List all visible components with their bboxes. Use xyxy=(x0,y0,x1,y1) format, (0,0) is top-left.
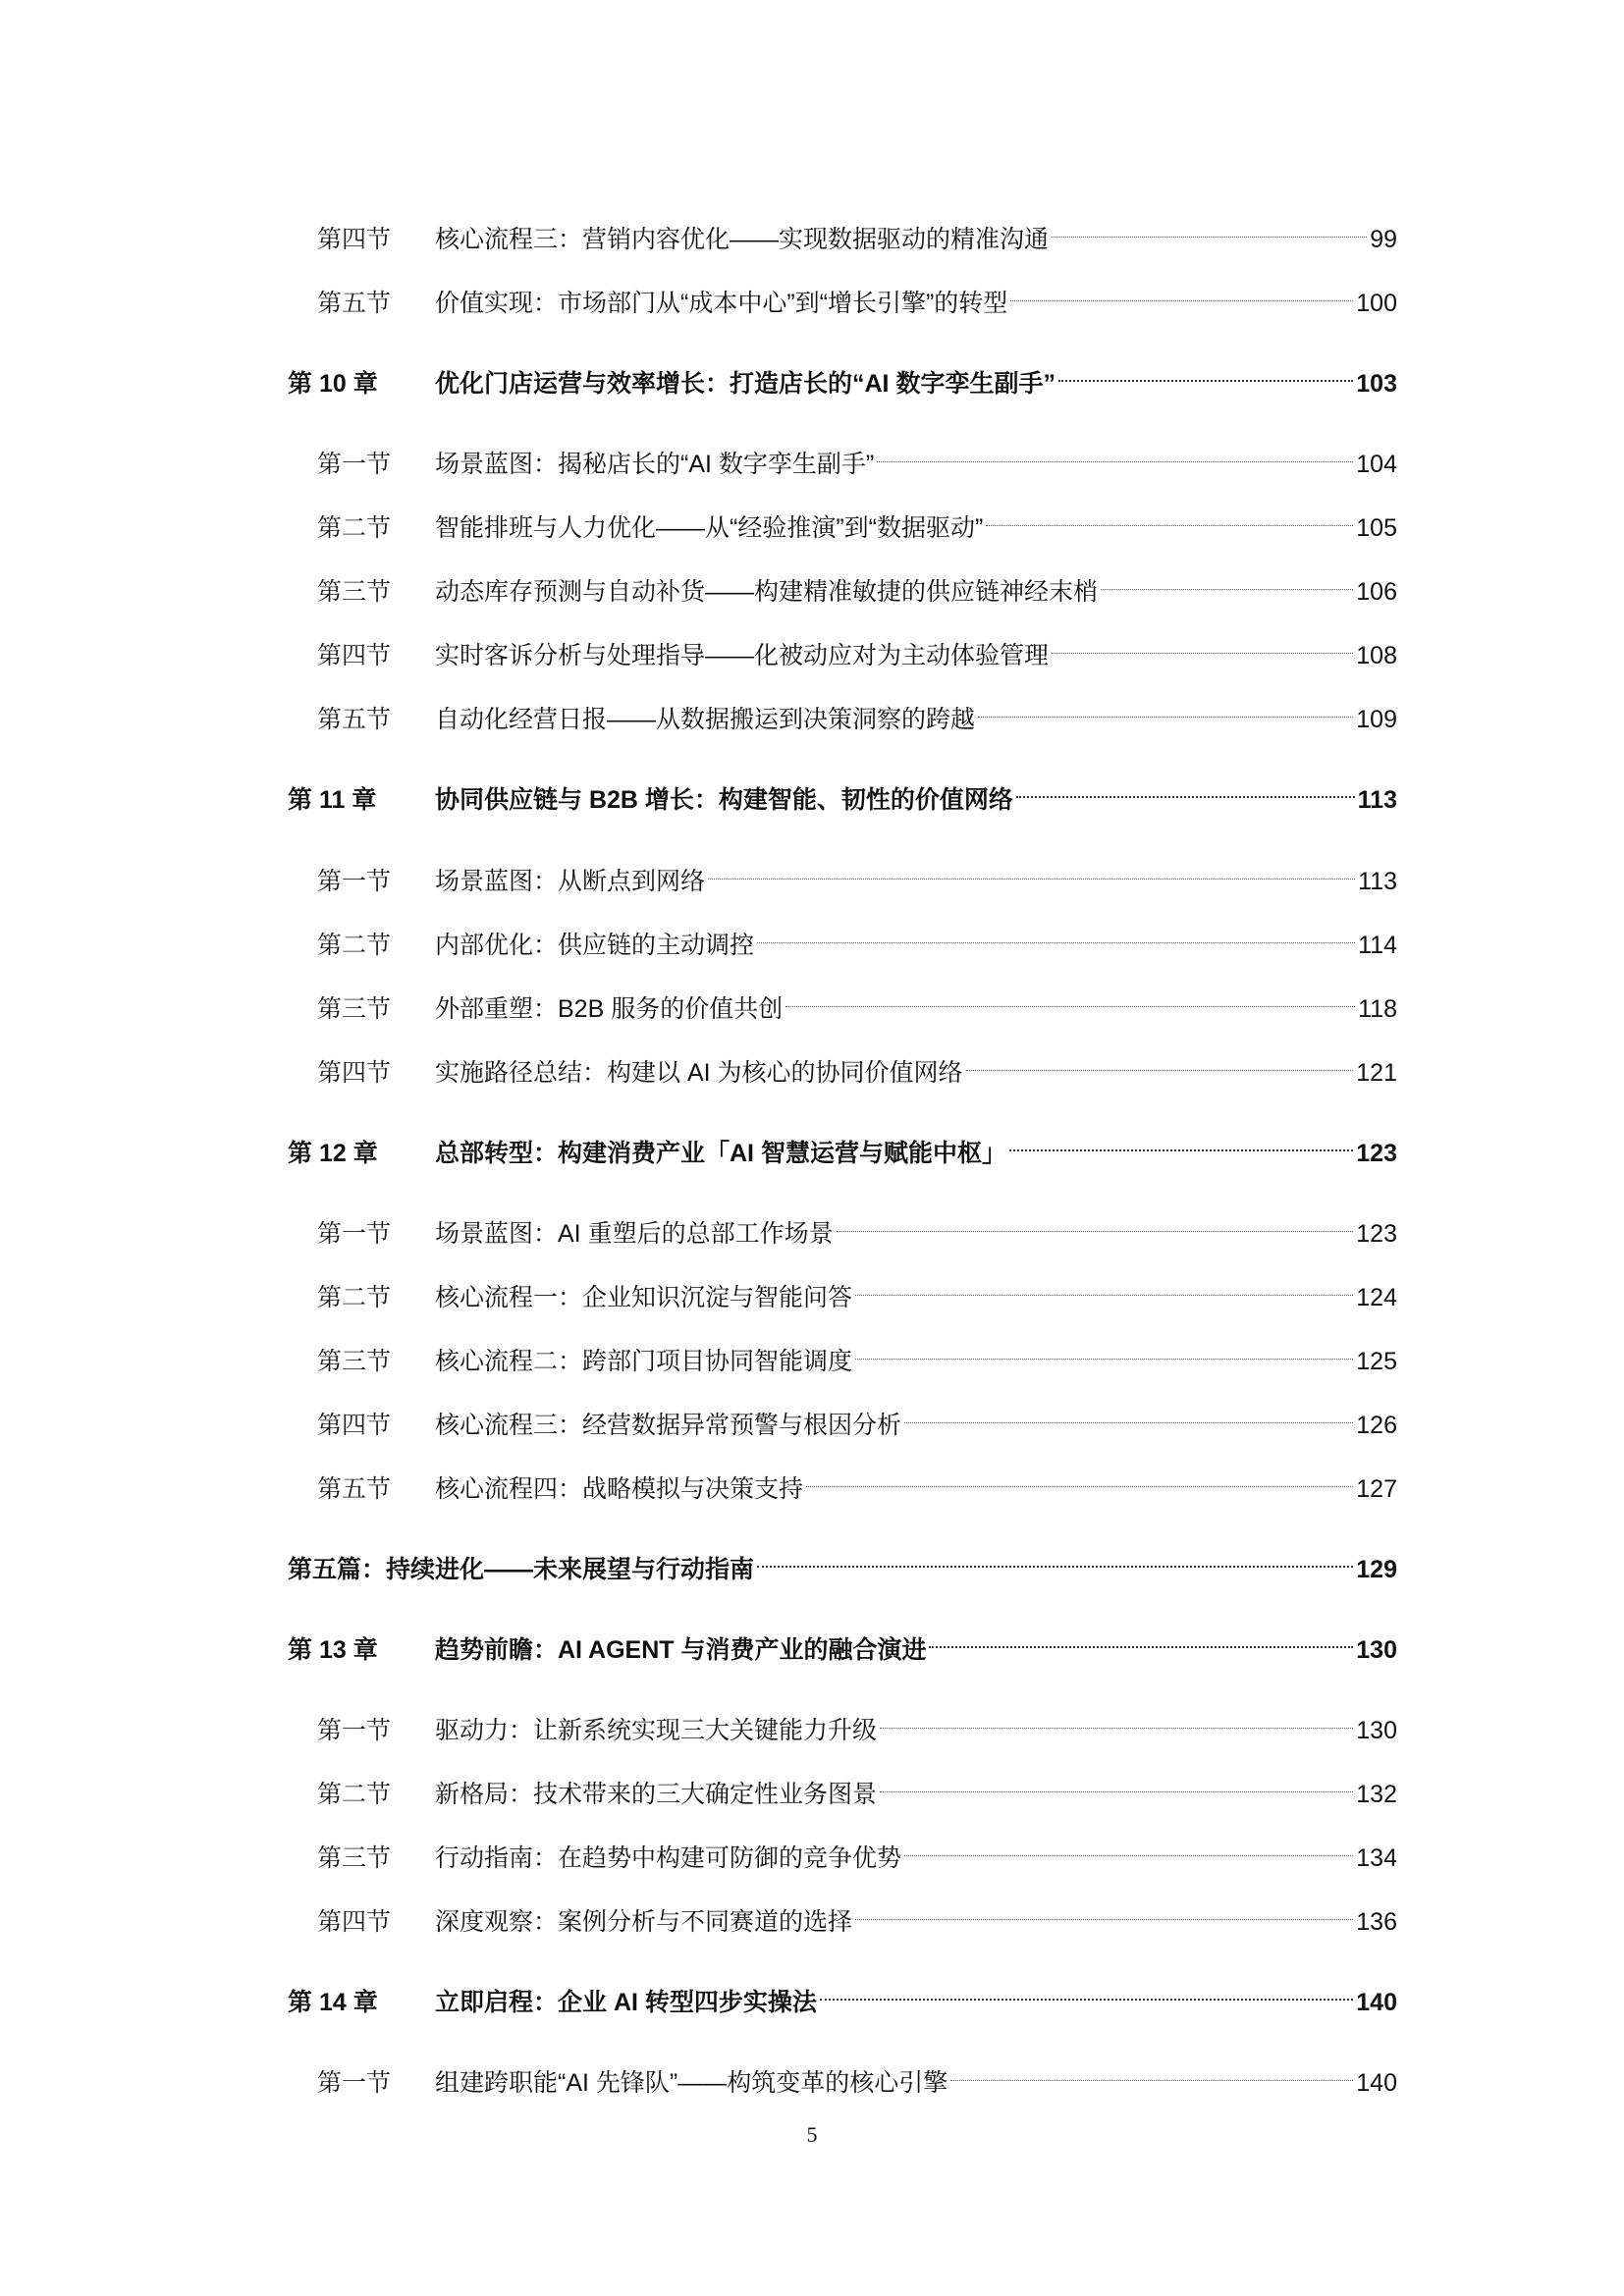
section-title: 实时客诉分析与处理指导——化被动应对为主动体验管理 xyxy=(435,636,1049,675)
chapter-label: 第 13 章 xyxy=(288,1630,435,1670)
toc-entry-section[interactable]: 第四节 核心流程三：营销内容优化——实现数据驱动的精准沟通 99 xyxy=(288,208,1397,247)
section-label: 第四节 xyxy=(288,1406,435,1445)
dot-leader xyxy=(966,1041,1354,1081)
dot-leader xyxy=(1058,352,1353,392)
section-title: 内部优化：供应链的主动调控 xyxy=(435,926,754,965)
toc-entry-section[interactable]: 第三节 动态库存预测与自动补货——构建精准敏捷的供应链神经末梢 106 xyxy=(288,561,1397,600)
toc-entry-section[interactable]: 第二节 新格局：技术带来的三大确定性业务图景 132 xyxy=(288,1763,1397,1802)
section-title: 核心流程四：战略模拟与决策支持 xyxy=(435,1469,803,1509)
section-title: 驱动力：让新系统实现三大关键能力升级 xyxy=(435,1711,877,1750)
toc-entry-section[interactable]: 第四节 实施路径总结：构建以 AI 为核心的协同价值网络 121 xyxy=(288,1041,1397,1081)
toc-entry-chapter[interactable]: 第 10 章 优化门店运营与效率增长：打造店长的“AI 数字孪生副手” 103 xyxy=(288,352,1397,392)
section-label: 第一节 xyxy=(288,862,435,901)
dot-leader xyxy=(877,433,1353,472)
dot-leader xyxy=(785,978,1355,1017)
page-number: 123 xyxy=(1356,1214,1397,1254)
toc-entry-chapter[interactable]: 第 14 章 立即启程：企业 AI 转型四步实操法 140 xyxy=(288,1971,1397,2010)
toc-entry-section[interactable]: 第二节 智能排班与人力优化——从“经验推演”到“数据驱动” 105 xyxy=(288,497,1397,536)
page-number: 113 xyxy=(1358,862,1397,901)
section-label: 第一节 xyxy=(288,1214,435,1254)
section-label: 第四节 xyxy=(288,636,435,675)
section-title: 自动化经营日报——从数据搬运到决策洞察的跨越 xyxy=(435,700,975,739)
page-number: 109 xyxy=(1356,700,1397,739)
dot-leader xyxy=(1009,1122,1353,1161)
dot-leader xyxy=(855,1891,1353,1930)
section-label: 第一节 xyxy=(288,1711,435,1750)
toc-entry-section[interactable]: 第四节 深度观察：案例分析与不同赛道的选择 136 xyxy=(288,1891,1397,1930)
toc-entry-section[interactable]: 第二节 内部优化：供应链的主动调控 114 xyxy=(288,914,1397,953)
toc-entry-section[interactable]: 第一节 驱动力：让新系统实现三大关键能力升级 130 xyxy=(288,1699,1397,1738)
chapter-label: 第 11 章 xyxy=(288,780,435,820)
toc-entry-chapter[interactable]: 第 11 章 协同供应链与 B2B 增长：构建智能、韧性的价值网络 113 xyxy=(288,769,1397,808)
page-number: 136 xyxy=(1356,1902,1397,1942)
page-number: 127 xyxy=(1356,1469,1397,1509)
page-number: 130 xyxy=(1356,1630,1397,1670)
dot-leader xyxy=(1101,561,1353,600)
page-number: 125 xyxy=(1356,1342,1397,1381)
section-title: 动态库存预测与自动补货——构建精准敏捷的供应链神经末梢 xyxy=(435,572,1098,612)
dot-leader xyxy=(1010,272,1353,311)
dot-leader xyxy=(978,688,1353,727)
section-title: 场景蓝图：揭秘店长的“AI 数字孪生副手” xyxy=(435,445,874,484)
page-number: 108 xyxy=(1356,636,1397,675)
page-number: 99 xyxy=(1370,220,1397,259)
section-label: 第四节 xyxy=(288,1053,435,1093)
page-number: 113 xyxy=(1358,780,1397,820)
part-title: 第五篇：持续进化——未来展望与行动指南 xyxy=(288,1550,754,1589)
section-title: 组建跨职能“AI 先锋队”——构筑变革的核心引擎 xyxy=(435,2063,947,2103)
toc-entry-section[interactable]: 第一节 场景蓝图：从断点到网络 113 xyxy=(288,850,1397,889)
toc-entry-part[interactable]: 第五篇：持续进化——未来展望与行动指南 129 xyxy=(288,1538,1397,1577)
section-label: 第四节 xyxy=(288,220,435,259)
toc-entry-section[interactable]: 第五节 核心流程四：战略模拟与决策支持 127 xyxy=(288,1458,1397,1497)
dot-leader xyxy=(806,1458,1353,1497)
toc-entry-section[interactable]: 第五节 自动化经营日报——从数据搬运到决策洞察的跨越 109 xyxy=(288,688,1397,727)
chapter-title: 趋势前瞻：AI AGENT 与消费产业的融合演进 xyxy=(435,1630,926,1670)
footer-page-number: 5 xyxy=(0,2122,1624,2148)
page-number: 140 xyxy=(1356,2063,1397,2103)
page-number: 132 xyxy=(1356,1775,1397,1814)
section-label: 第五节 xyxy=(288,1469,435,1509)
chapter-title: 总部转型：构建消费产业「AI 智慧运营与赋能中枢」 xyxy=(435,1134,1006,1173)
dot-leader xyxy=(708,850,1355,889)
section-title: 核心流程三：经营数据异常预警与根因分析 xyxy=(435,1406,901,1445)
chapter-label: 第 10 章 xyxy=(288,364,435,403)
page-number: 103 xyxy=(1356,364,1397,403)
section-title: 智能排班与人力优化——从“经验推演”到“数据驱动” xyxy=(435,508,983,548)
dot-leader xyxy=(1052,208,1367,247)
toc-entry-section[interactable]: 第二节 核心流程一：企业知识沉淀与智能问答 124 xyxy=(288,1266,1397,1306)
section-title: 核心流程三：营销内容优化——实现数据驱动的精准沟通 xyxy=(435,220,1049,259)
section-label: 第五节 xyxy=(288,284,435,323)
page-number: 121 xyxy=(1356,1053,1397,1093)
section-label: 第二节 xyxy=(288,508,435,548)
page-number: 105 xyxy=(1356,508,1397,548)
section-label: 第四节 xyxy=(288,1902,435,1942)
section-title: 行动指南：在趋势中构建可防御的竞争优势 xyxy=(435,1839,901,1878)
section-title: 价值实现：市场部门从“成本中心”到“增长引擎”的转型 xyxy=(435,284,1007,323)
page-number: 126 xyxy=(1356,1406,1397,1445)
toc-entry-section[interactable]: 第一节 组建跨职能“AI 先锋队”——构筑变革的核心引擎 140 xyxy=(288,2052,1397,2091)
section-label: 第三节 xyxy=(288,572,435,612)
dot-leader xyxy=(929,1619,1353,1658)
page-number: 140 xyxy=(1356,1983,1397,2022)
section-label: 第二节 xyxy=(288,926,435,965)
section-title: 实施路径总结：构建以 AI 为核心的协同价值网络 xyxy=(435,1053,963,1093)
chapter-label: 第 12 章 xyxy=(288,1134,435,1173)
page-number: 114 xyxy=(1358,926,1397,965)
document-page: 第四节 核心流程三：营销内容优化——实现数据驱动的精准沟通 99 第五节 价值实… xyxy=(0,0,1624,2296)
dot-leader xyxy=(855,1330,1353,1369)
section-title: 新格局：技术带来的三大确定性业务图景 xyxy=(435,1775,877,1814)
dot-leader xyxy=(1052,624,1353,664)
page-number: 100 xyxy=(1356,284,1397,323)
section-label: 第三节 xyxy=(288,1839,435,1878)
dot-leader xyxy=(950,2052,1353,2091)
dot-leader xyxy=(837,1202,1354,1242)
section-label: 第三节 xyxy=(288,1342,435,1381)
dot-leader xyxy=(986,497,1353,536)
section-title: 外部重塑：B2B 服务的价值共创 xyxy=(435,989,783,1029)
dot-leader xyxy=(904,1827,1353,1866)
toc-entry-chapter[interactable]: 第 12 章 总部转型：构建消费产业「AI 智慧运营与赋能中枢」 123 xyxy=(288,1122,1397,1161)
chapter-title: 优化门店运营与效率增长：打造店长的“AI 数字孪生副手” xyxy=(435,364,1056,403)
page-number: 124 xyxy=(1356,1278,1397,1317)
page-number: 104 xyxy=(1356,445,1397,484)
toc-entry-section[interactable]: 第三节 外部重塑：B2B 服务的价值共创 118 xyxy=(288,978,1397,1017)
section-title: 核心流程一：企业知识沉淀与智能问答 xyxy=(435,1278,852,1317)
dot-leader xyxy=(757,1538,1353,1577)
section-label: 第五节 xyxy=(288,700,435,739)
section-label: 第二节 xyxy=(288,1278,435,1317)
page-number: 130 xyxy=(1356,1711,1397,1750)
page-number: 118 xyxy=(1358,989,1397,1029)
dot-leader xyxy=(904,1394,1353,1433)
toc-entry-section[interactable]: 第四节 实时客诉分析与处理指导——化被动应对为主动体验管理 108 xyxy=(288,624,1397,664)
page-number: 129 xyxy=(1356,1550,1397,1589)
dot-leader xyxy=(1016,769,1355,808)
dot-leader xyxy=(880,1699,1353,1738)
section-title: 深度观察：案例分析与不同赛道的选择 xyxy=(435,1902,852,1942)
chapter-label: 第 14 章 xyxy=(288,1983,435,2022)
page-number: 134 xyxy=(1356,1839,1397,1878)
section-label: 第三节 xyxy=(288,989,435,1029)
dot-leader xyxy=(820,1971,1353,2010)
dot-leader xyxy=(757,914,1355,953)
section-title: 场景蓝图：AI 重塑后的总部工作场景 xyxy=(435,1214,834,1254)
section-title: 核心流程二：跨部门项目协同智能调度 xyxy=(435,1342,852,1381)
dot-leader xyxy=(855,1266,1353,1306)
chapter-title: 协同供应链与 B2B 增长：构建智能、韧性的价值网络 xyxy=(435,780,1013,820)
chapter-title: 立即启程：企业 AI 转型四步实操法 xyxy=(435,1983,817,2022)
page-number: 106 xyxy=(1356,572,1397,612)
toc-entry-section[interactable]: 第三节 核心流程二：跨部门项目协同智能调度 125 xyxy=(288,1330,1397,1369)
toc-entry-section[interactable]: 第三节 行动指南：在趋势中构建可防御的竞争优势 134 xyxy=(288,1827,1397,1866)
toc-entry-section[interactable]: 第四节 核心流程三：经营数据异常预警与根因分析 126 xyxy=(288,1394,1397,1433)
toc-entry-section[interactable]: 第一节 场景蓝图：AI 重塑后的总部工作场景 123 xyxy=(288,1202,1397,1242)
toc-entry-chapter[interactable]: 第 13 章 趋势前瞻：AI AGENT 与消费产业的融合演进 130 xyxy=(288,1619,1397,1658)
toc-entry-section[interactable]: 第五节 价值实现：市场部门从“成本中心”到“增长引擎”的转型 100 xyxy=(288,272,1397,311)
page-number: 123 xyxy=(1356,1134,1397,1173)
toc-entry-section[interactable]: 第一节 场景蓝图：揭秘店长的“AI 数字孪生副手” 104 xyxy=(288,433,1397,472)
section-label: 第一节 xyxy=(288,445,435,484)
section-label: 第二节 xyxy=(288,1775,435,1814)
section-title: 场景蓝图：从断点到网络 xyxy=(435,862,705,901)
dot-leader xyxy=(880,1763,1353,1802)
section-label: 第一节 xyxy=(288,2063,435,2103)
